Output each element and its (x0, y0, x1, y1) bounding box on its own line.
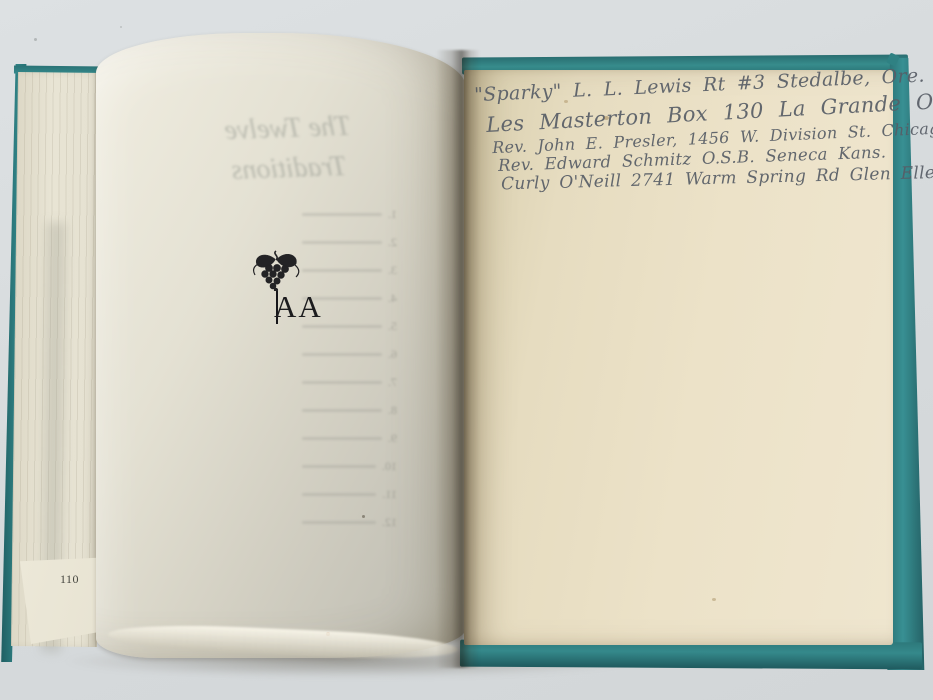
showthrough-list-row: 3. (302, 256, 397, 284)
showthrough-list-row: 8. (302, 396, 397, 424)
showthrough-list-row: 6. (302, 340, 397, 368)
showthrough-list-row: 11. (302, 480, 397, 508)
showthrough-list-row: 10. (302, 452, 397, 480)
grape-vine-ornament-icon (247, 249, 305, 291)
showthrough-list-row: 9. (302, 424, 397, 452)
page-number: 110 (60, 572, 79, 587)
foxing-speck (564, 100, 568, 103)
aa-device-text: AA (244, 291, 308, 324)
showthrough-title-line2: Traditions (181, 145, 397, 192)
foxing-speck (362, 515, 365, 518)
photo-open-book: 110 The Twelve Traditions 1. 2. 3. 4. 5.… (0, 0, 933, 700)
background-speck (120, 26, 122, 28)
foxing-speck (712, 598, 716, 601)
showthrough-list-row: 2. (302, 228, 397, 256)
showthrough-list-row: 7. (302, 368, 397, 396)
aa-printers-device: AA (244, 249, 308, 324)
background-speck (34, 38, 37, 41)
showthrough-list-row: 12. (302, 508, 397, 536)
page-bottom-curl (108, 621, 459, 662)
showthrough-numbered-list: 1. 2. 3. 4. 5. 6. 7. 8. 9. 10. 11. 12. (302, 200, 397, 536)
left-endpaper-page: The Twelve Traditions 1. 2. 3. 4. 5. 6. … (96, 33, 466, 658)
showthrough-list-row: 1. (302, 200, 397, 228)
foxing-speck (604, 116, 609, 120)
showthrough-title: The Twelve Traditions (180, 105, 398, 200)
right-endpaper-page: "Sparky" L. L. Lewis Rt #3 Stedalbe, Ore… (464, 70, 893, 645)
